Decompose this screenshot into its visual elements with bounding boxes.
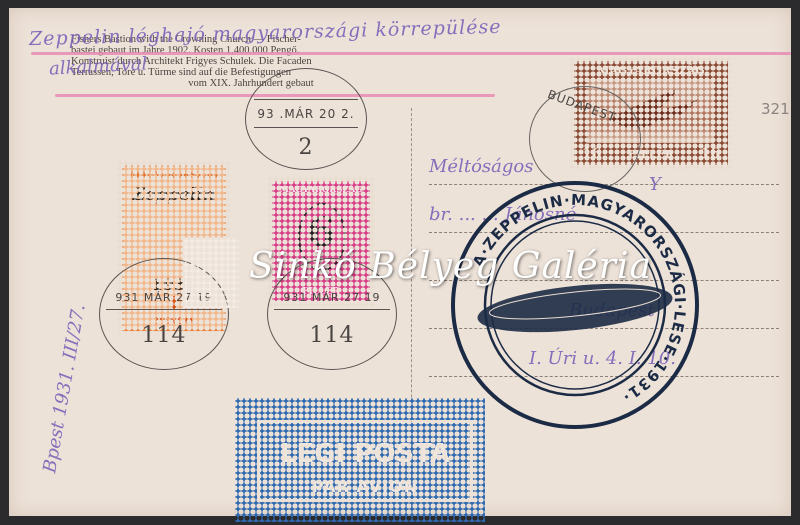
airmail-label: LÉGI POSTA PAR AVION [235,398,485,522]
watermark: Sinkó Bélyeg Galéria [249,246,652,287]
postmark-office: 114 [100,323,228,348]
stamp-country: MAGYARORSZÁG [124,171,224,181]
airmail-subtitle: PAR AVION [260,477,470,496]
watermark-stamp-icon [183,238,239,308]
postcard: Fishers Bastion with the Crowning Church… [9,8,791,516]
caption-line: vom XIX. Jahrhundert gebaut [71,78,431,89]
postmark: 93 .MÁR 20 2. 2 [245,68,367,170]
zeppelin-cachet: A·ZEPPELIN·MAGYARORSZÁGI·LESE·1931· [447,180,703,430]
postmark-office: 114 [268,323,396,348]
postmark-date: 93 .MÁR 20 2. [246,107,366,121]
address-line-1: Méltóságos [429,156,533,177]
postmark-office: 2 [246,135,366,160]
pencil-note: 321 [761,100,790,118]
postmark-city: BUDAPEST [546,87,618,125]
stamp-country: MAGYARORSZÁG [574,64,728,77]
postmark: BUDAPEST [529,86,641,192]
handwriting-side-date: Bpest 1931. III/27. [39,303,89,475]
stamp-value: 16 [701,146,720,162]
stamp-overprint: Zeppelin [124,185,224,205]
airmail-title: LÉGI POSTA [260,439,470,469]
red-underline [31,52,791,55]
stamp-country: MAGYARORSZÁG [272,185,370,195]
postmark-date: 931 MÁR 27 19 [268,291,396,304]
